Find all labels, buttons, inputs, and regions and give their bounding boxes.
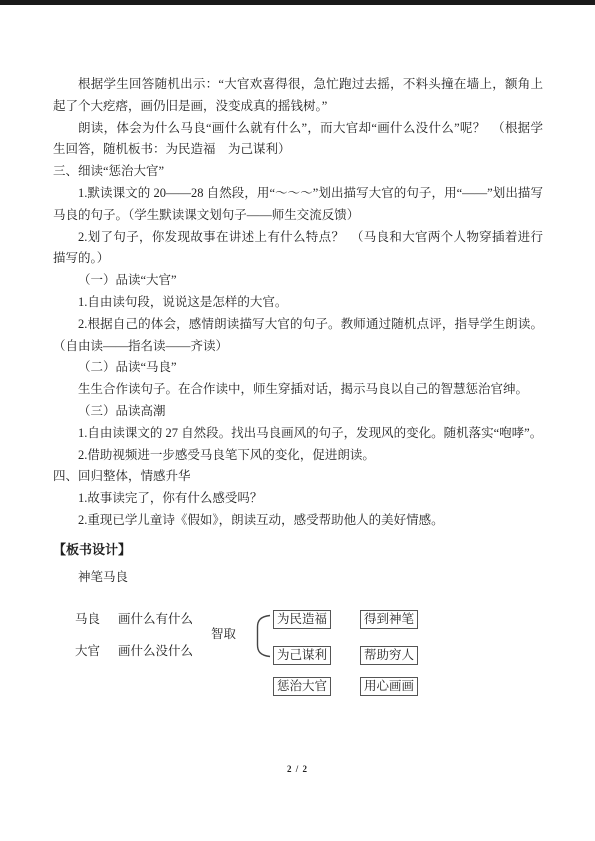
paragraph: 1.默读课文的 20——28 自然段，用“～～～”划出描写大官的句子，用“——”… — [53, 183, 543, 227]
board-box: 为民造福 — [273, 610, 331, 629]
board-box: 为己谋利 — [273, 646, 331, 665]
board-diagram: 马良画什么有什么 大官画什么没什么 智取 为民造福 得到神笔 为己谋利 帮助穷人… — [53, 602, 543, 706]
paragraph: 2.重现已学儿童诗《假如》，朗读互动，感受帮助他人的美好情感。 — [53, 510, 543, 532]
board-title: 神笔马良 — [53, 567, 543, 589]
board-row: 大官画什么没什么 — [75, 641, 193, 663]
board-box: 得到神笔 — [360, 610, 418, 629]
row-name-label: 大官 — [75, 641, 100, 663]
board-box: 惩治大官 — [273, 677, 331, 696]
board-design-heading: 【板书设计】 — [53, 539, 543, 561]
paragraph: 四、回归整体，情感升华 — [53, 466, 543, 488]
paragraph: 1.自由读课文的 27 自然段。找出马良画风的句子，发现风的变化。随机落实“咆哮… — [53, 423, 543, 445]
paragraph: 1.自由读句段，说说这是怎样的大官。 — [53, 292, 543, 314]
page-content: 根据学生回答随机出示：“大官欢喜得很，急忙跑过去摇，不料头撞在墙上，额角上起了个… — [53, 74, 543, 706]
paragraph: 2.划了句子，你发现故事在讲述上有什么特点？ （马良和大官两个人物穿插着进行描写… — [53, 227, 543, 271]
paragraph: 朗读，体会为什么马良“画什么就有什么”，而大官却“画什么没什么”呢？ （根据学生… — [53, 118, 543, 162]
brace-icon — [252, 614, 272, 658]
top-border — [0, 0, 595, 5]
connector-label: 智取 — [211, 624, 236, 646]
row-desc-label: 画什么没什么 — [118, 644, 193, 658]
body-text: 根据学生回答随机出示：“大官欢喜得很，急忙跑过去摇，不料头撞在墙上，额角上起了个… — [53, 74, 543, 532]
board-box: 用心画画 — [360, 677, 418, 696]
paragraph: 2.根据自己的体会，感情朗读描写大官的句子。教师通过随机点评，指导学生朗读。（自… — [53, 314, 543, 358]
paragraph: 2.借助视频进一步感受马良笔下风的变化，促进朗读。 — [53, 445, 543, 467]
board-row: 马良画什么有什么 — [75, 609, 193, 631]
paragraph: 三、细读“惩治大官” — [53, 161, 543, 183]
paragraph: 1.故事读完了，你有什么感受吗？ — [53, 488, 543, 510]
paragraph: （三）品读高潮 — [53, 401, 543, 423]
paragraph: 生生合作读句子。在合作读中，师生穿插对话，揭示马良以自己的智慧惩治官绅。 — [53, 379, 543, 401]
paragraph: （一）品读“大官” — [53, 270, 543, 292]
row-desc-label: 画什么有什么 — [118, 612, 193, 626]
page-number: 2 / 2 — [0, 764, 595, 774]
paragraph: 根据学生回答随机出示：“大官欢喜得很，急忙跑过去摇，不料头撞在墙上，额角上起了个… — [53, 74, 543, 118]
board-box: 帮助穷人 — [360, 646, 418, 665]
document-page: { "page": { "footer": "2 / 2" }, "colors… — [0, 0, 595, 841]
paragraph: （二）品读“马良” — [53, 357, 543, 379]
row-name-label: 马良 — [75, 609, 100, 631]
